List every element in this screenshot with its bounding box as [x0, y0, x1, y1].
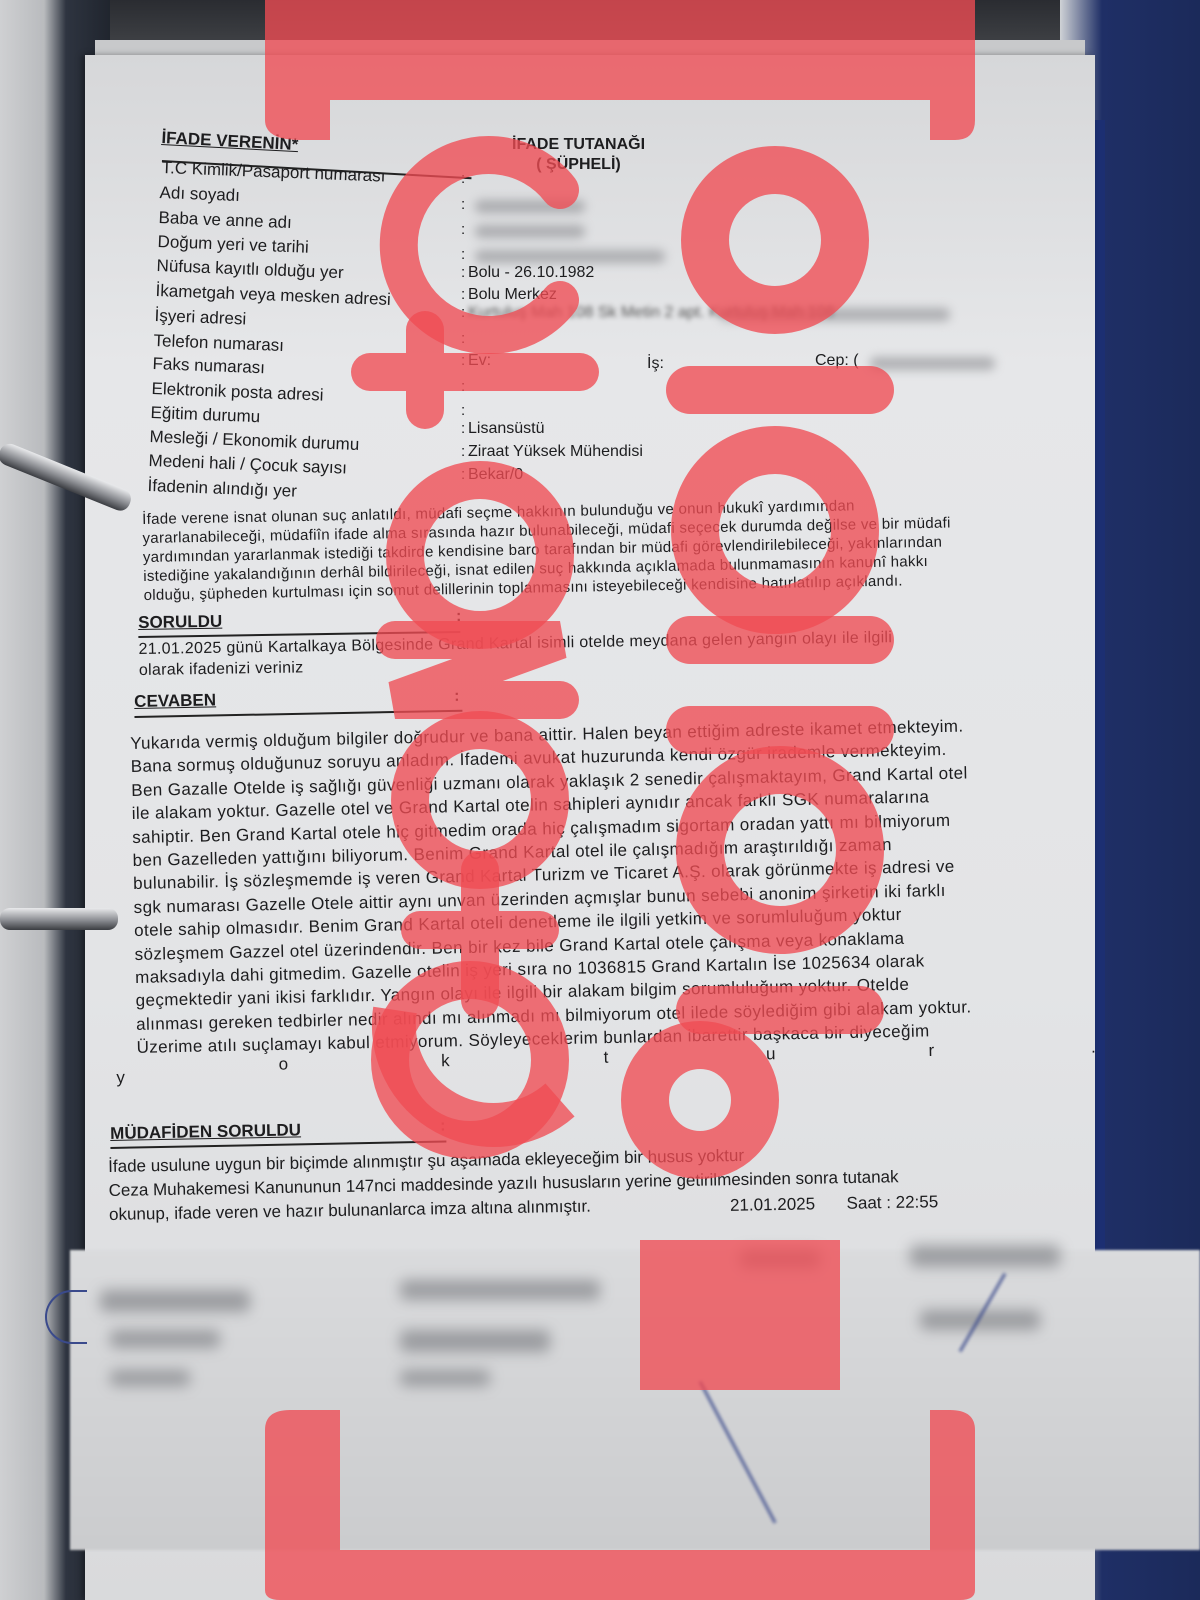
watermark-overlay: [0, 0, 1200, 1600]
